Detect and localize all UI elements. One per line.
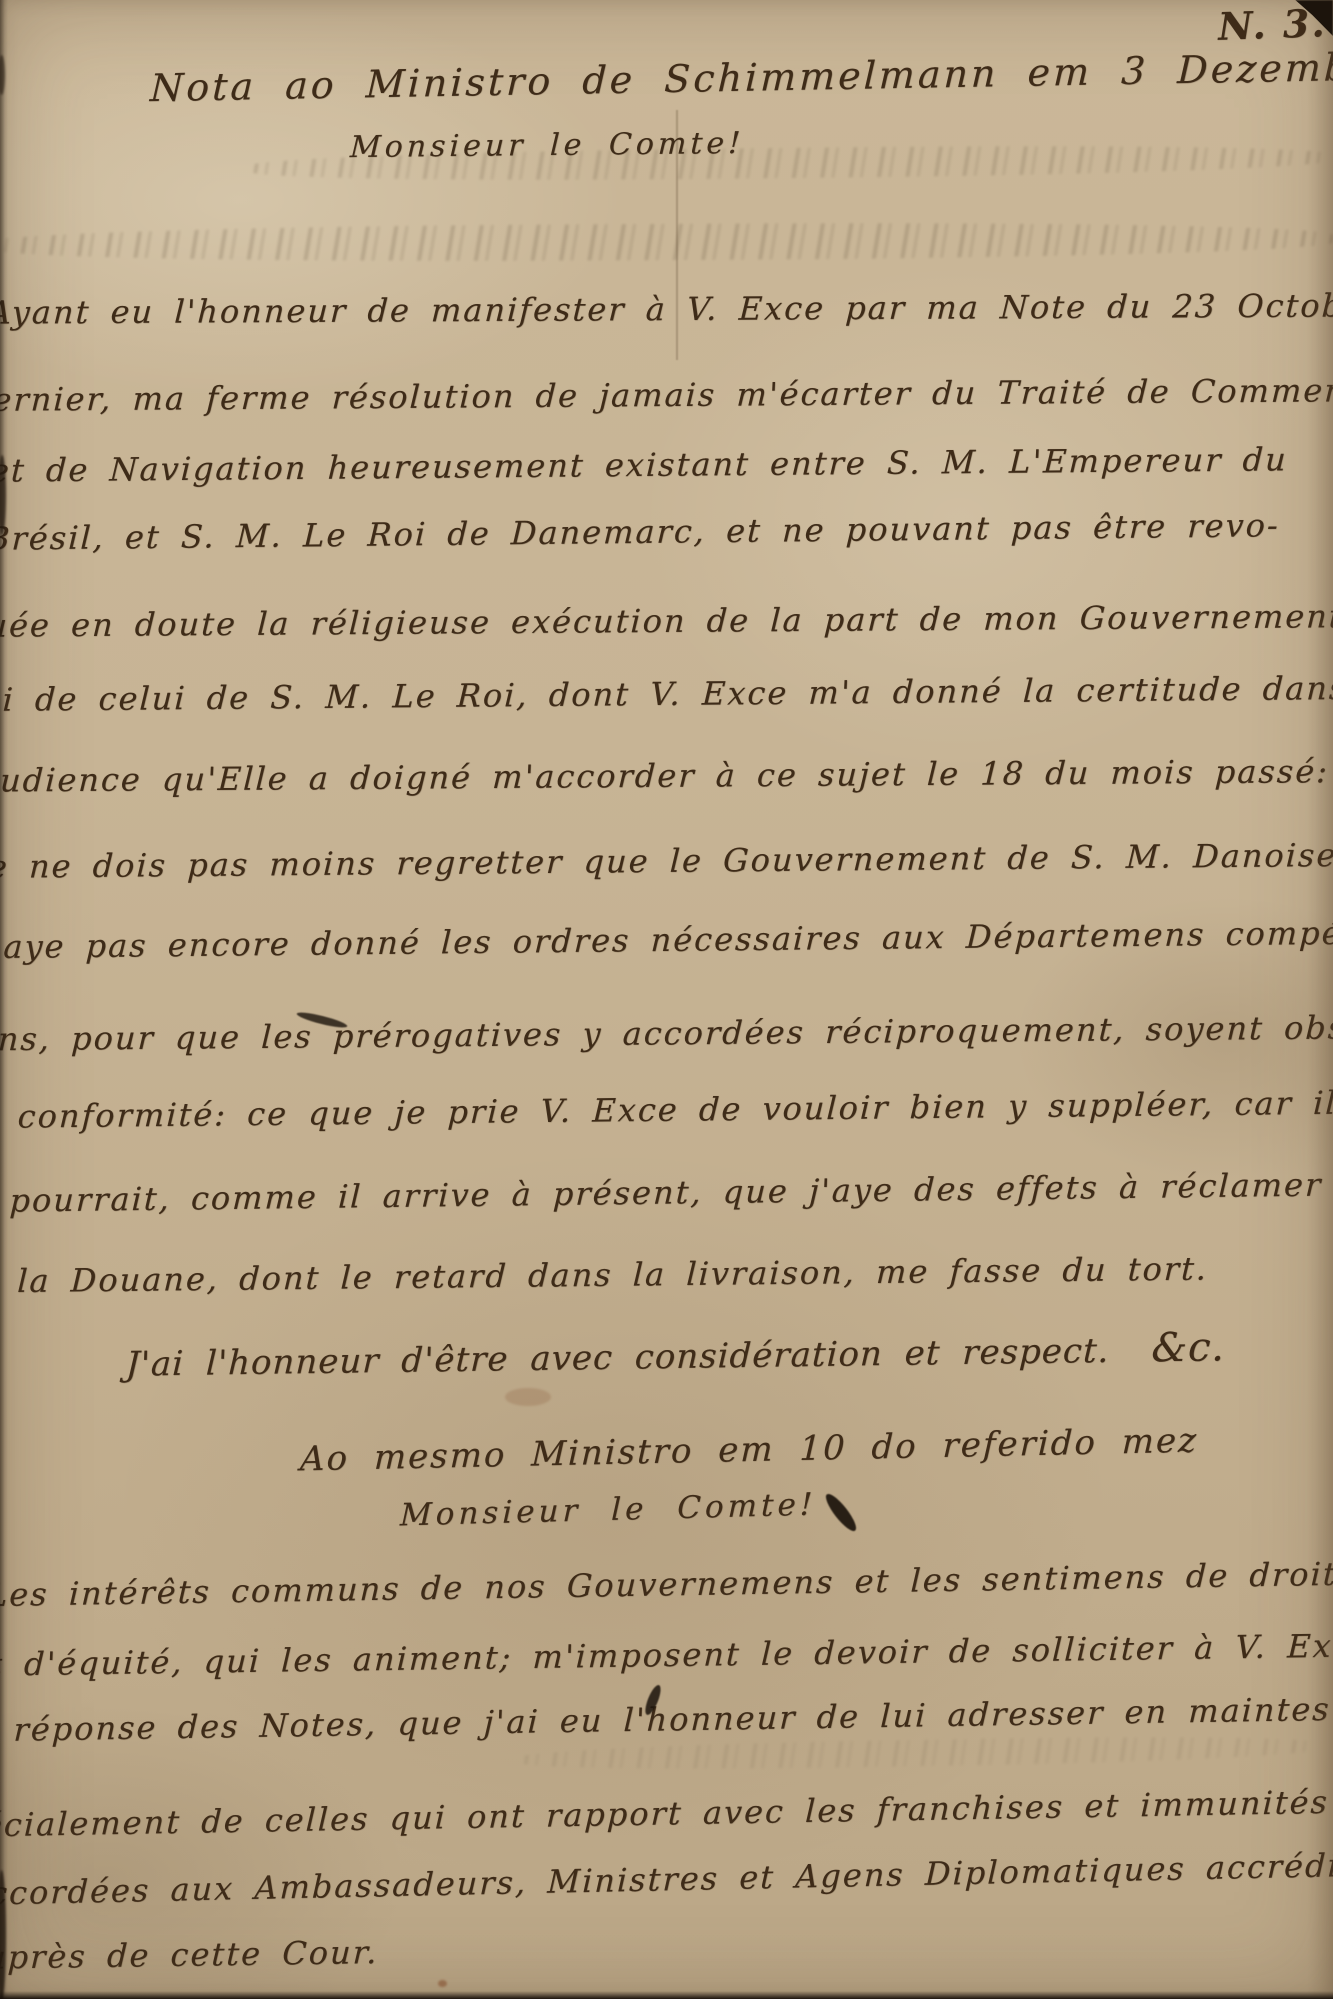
bleedthrough-text [520, 1733, 1320, 1773]
note1-line: quée en doute la réligieuse exécution de… [0, 597, 1333, 645]
ink-blot [822, 1490, 861, 1534]
stain-dot [438, 1980, 447, 1987]
note2-salutation: Monsieur le Comte! [400, 1487, 817, 1534]
note1-closing-text: J'ai l'honneur d'être avec considération… [125, 1331, 1110, 1385]
note1-line: dernier, ma ferme résolution de jamais m… [0, 371, 1333, 419]
note2-line: auprès de cette Cour. [0, 1933, 379, 1977]
note1-line: en conformité: ce que je prie V. Exce de… [0, 1084, 1333, 1137]
note1-line: Brésil, et S. M. Le Roi de Danemarc, et … [0, 506, 1281, 558]
note1-line: n'aye pas encore donné les ordres nécess… [0, 914, 1333, 967]
page-edge-right [1307, 0, 1333, 1999]
note1-line: Ayant eu l'honneur de manifester à V. Ex… [0, 286, 1333, 331]
page-edge-left [0, 0, 8, 1999]
note1-line: à la Douane, dont le retard dans la livr… [0, 1250, 1209, 1301]
note1-line: tens, pour que les prérogatives y accord… [0, 1007, 1333, 1058]
note1-heading: Nota ao Ministro de Schimmelmann em 3 De… [149, 42, 1333, 110]
note1-line: se pourrait, comme il arrive à présent, … [0, 1166, 1323, 1221]
note1-salutation: Monsieur le Comte! [349, 126, 745, 165]
note1-closing: J'ai l'honneur d'être avec considération… [125, 1324, 1226, 1385]
page-edge-bottom [0, 1991, 1333, 1999]
note1-line: ni de celui de S. M. Le Roi, dont V. Exc… [0, 669, 1333, 719]
stain-dot [505, 1388, 551, 1406]
manuscript-page: N. 3. Nota ao Ministro de Schimmelmann e… [0, 0, 1333, 1999]
bleedthrough-text [0, 220, 1333, 263]
note1-closing-etc: &c. [1151, 1324, 1226, 1371]
note2-line: Les intérêts communs de nos Gouvernemens… [0, 1554, 1333, 1614]
note2-heading: Ao mesmo Ministro em 10 do referido mez [299, 1421, 1198, 1480]
note1-line: je ne dois pas moins regretter que le Go… [0, 836, 1333, 886]
note1-line: et de Navigation heureusement existant e… [0, 440, 1289, 489]
note2-line: accordées aux Ambassadeurs, Ministres et… [0, 1845, 1333, 1913]
note2-line: et d'équité, qui les animent; m'imposent… [0, 1626, 1333, 1684]
note2-line: spécialement de celles qui ont rapport a… [0, 1783, 1330, 1845]
note1-line: l'audience qu'Elle a doigné m'accorder à… [0, 752, 1330, 800]
